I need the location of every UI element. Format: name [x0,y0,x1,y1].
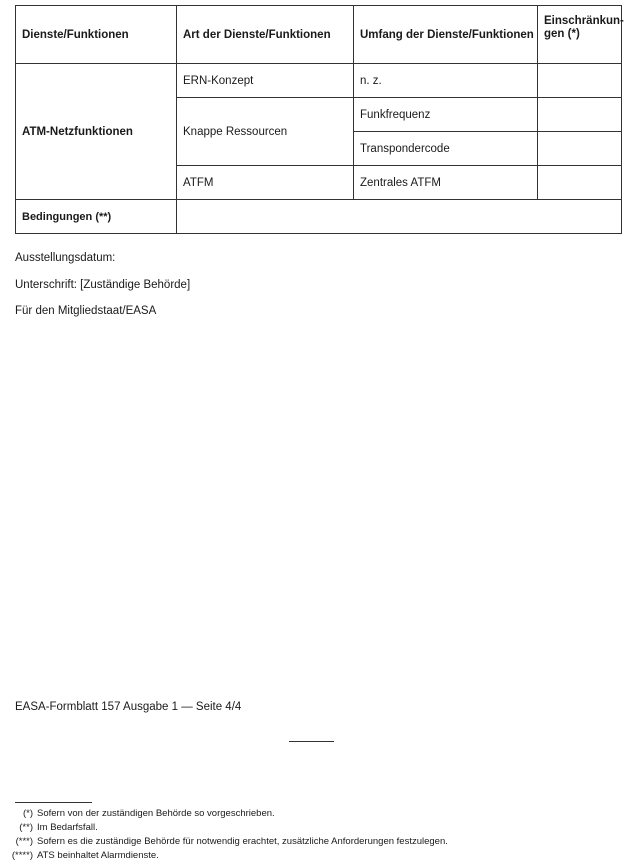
on-behalf-label: Für den Mitgliedstaat/EASA [15,305,156,317]
conditions-row: Bedingungen (**) [16,200,622,234]
header-einschraenkungen: Einschränkun-gen (*) [538,6,622,64]
footnote: (*)Sofern von der zuständigen Behörde so… [0,808,620,819]
signature-label: Unterschrift: [Zuständige Behörde] [15,279,190,291]
end-rule [289,741,334,742]
header-umfang: Umfang der Dienste/Funktionen [354,6,538,64]
art-cell: ATFM [177,166,354,200]
header-einschraenkungen-text: Einschränkun-gen (*) [544,15,624,40]
art-cell: Knappe Ressourcen [177,98,354,166]
table-row: ATM-Netzfunktionen ERN-Konzept n. z. [16,64,622,98]
conditions-label: Bedingungen (**) [16,200,177,234]
umfang-cell: Zentrales ATFM [354,166,538,200]
einschraenkungen-cell [538,64,622,98]
footnote: (***)Sofern es die zuständige Behörde fü… [0,836,620,847]
umfang-cell: Funkfrequenz [354,98,538,132]
form-footer: EASA-Formblatt 157 Ausgabe 1 — Seite 4/4 [15,701,241,713]
einschraenkungen-cell [538,98,622,132]
umfang-cell: Transpondercode [354,132,538,166]
header-dienste: Dienste/Funktionen [16,6,177,64]
header-art: Art der Dienste/Funktionen [177,6,354,64]
services-table: Dienste/Funktionen Art der Dienste/Funkt… [15,5,622,234]
umfang-cell: n. z. [354,64,538,98]
conditions-value [177,200,622,234]
einschraenkungen-cell [538,166,622,200]
footnote: (**)Im Bedarfsfall. [0,822,620,833]
art-cell: ERN-Konzept [177,64,354,98]
einschraenkungen-cell [538,132,622,166]
group-label: ATM-Netzfunktionen [16,64,177,200]
footnote-rule [15,802,92,803]
footnote: (****)ATS beinhaltet Alarmdienste. [0,850,620,861]
table-header-row: Dienste/Funktionen Art der Dienste/Funkt… [16,6,622,64]
issue-date-label: Ausstellungsdatum: [15,252,115,264]
